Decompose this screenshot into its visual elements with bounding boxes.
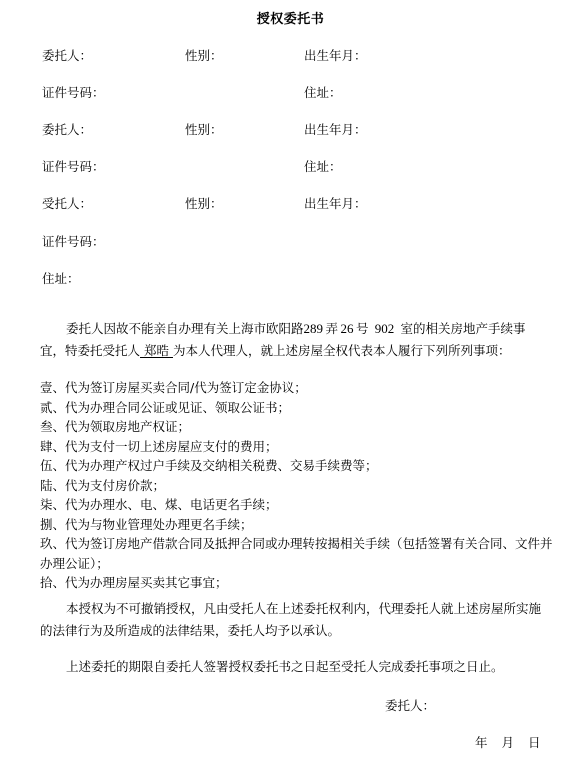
- signature-date: 年月日: [475, 733, 541, 751]
- principal-1-birth-label: 出生年月：: [304, 46, 367, 64]
- list-item: 玖、代为签订房地产借款合同及抵押合同或办理转按揭相关手续（包括签署有关合同、文件…: [40, 534, 560, 573]
- agent-id-label: 证件号码：: [42, 232, 105, 250]
- signature-principal-label: 委托人：: [385, 696, 435, 714]
- authorized-matters-list: 壹、代为签订房屋买卖合同/代为签订定金协议； 贰、代为办理合同公证或见证、领取公…: [40, 378, 560, 593]
- term-clause: 上述委托的期限自委托人签署授权委托书之日起至受托人完成委托事项之日止。: [40, 656, 550, 678]
- agent-gender-label: 性别：: [185, 194, 223, 212]
- intro-text-5: 为本人代理人，就上述房屋全权代表本人履行下列所列事项：: [173, 343, 511, 358]
- principal-1-gender-label: 性别：: [185, 46, 223, 64]
- principal-1-name-label: 委托人：: [42, 46, 92, 64]
- agent-birth-label: 出生年月：: [304, 194, 367, 212]
- intro-text-3: 号: [356, 321, 369, 336]
- list-item: 肆、代为支付一切上述房屋应支付的费用；: [40, 437, 560, 457]
- list-item: 贰、代为办理合同公证或见证、领取公证书；: [40, 398, 560, 418]
- list-item: 陆、代为支付房价款；: [40, 476, 560, 496]
- intro-text-2: 弄: [326, 321, 339, 336]
- date-month-label: 月: [502, 735, 515, 750]
- agent-address-label: 住址：: [42, 269, 80, 287]
- list-item: 壹、代为签订房屋买卖合同/代为签订定金协议；: [40, 378, 560, 398]
- document-title: 授权委托书: [0, 8, 581, 27]
- road-number: 289: [304, 321, 324, 336]
- list-item: 伍、代为办理产权过户手续及交纳相关税费、交易手续费等；: [40, 456, 560, 476]
- principal-2-gender-label: 性别：: [185, 120, 223, 138]
- principal-2-name-label: 委托人：: [42, 120, 92, 138]
- list-item: 柒、代为办理水、电、煤、电话更名手续；: [40, 495, 560, 515]
- date-day-label: 日: [528, 735, 541, 750]
- intro-text-1: 委托人因故不能亲自办理有关上海市欧阳路: [66, 321, 304, 336]
- room-number: 902: [375, 321, 395, 336]
- agent-name-label: 受托人：: [42, 194, 92, 212]
- lane-number: 26: [341, 321, 354, 336]
- principal-1-id-label: 证件号码：: [42, 83, 105, 101]
- list-item: 拾、代为办理房屋买卖其它事宜；: [40, 573, 560, 593]
- agent-name-value: 郑晧: [144, 343, 169, 358]
- date-year-label: 年: [475, 735, 488, 750]
- irrevocable-clause: 本授权为不可撤销授权，凡由受托人在上述委托权利内，代理委托人就上述房屋所实施的法…: [40, 598, 550, 642]
- list-item: 叁、代为领取房地产权证；: [40, 417, 560, 437]
- principal-1-address-label: 住址：: [304, 83, 342, 101]
- intro-paragraph: 委托人因故不能亲自办理有关上海市欧阳路289 弄 26 号 902 室的相关房地…: [40, 318, 550, 362]
- principal-2-address-label: 住址：: [304, 157, 342, 175]
- list-item: 捌、代为与物业管理处办理更名手续；: [40, 515, 560, 535]
- principal-2-id-label: 证件号码：: [42, 157, 105, 175]
- principal-2-birth-label: 出生年月：: [304, 120, 367, 138]
- agent-name-underlined: 郑晧: [140, 343, 173, 358]
